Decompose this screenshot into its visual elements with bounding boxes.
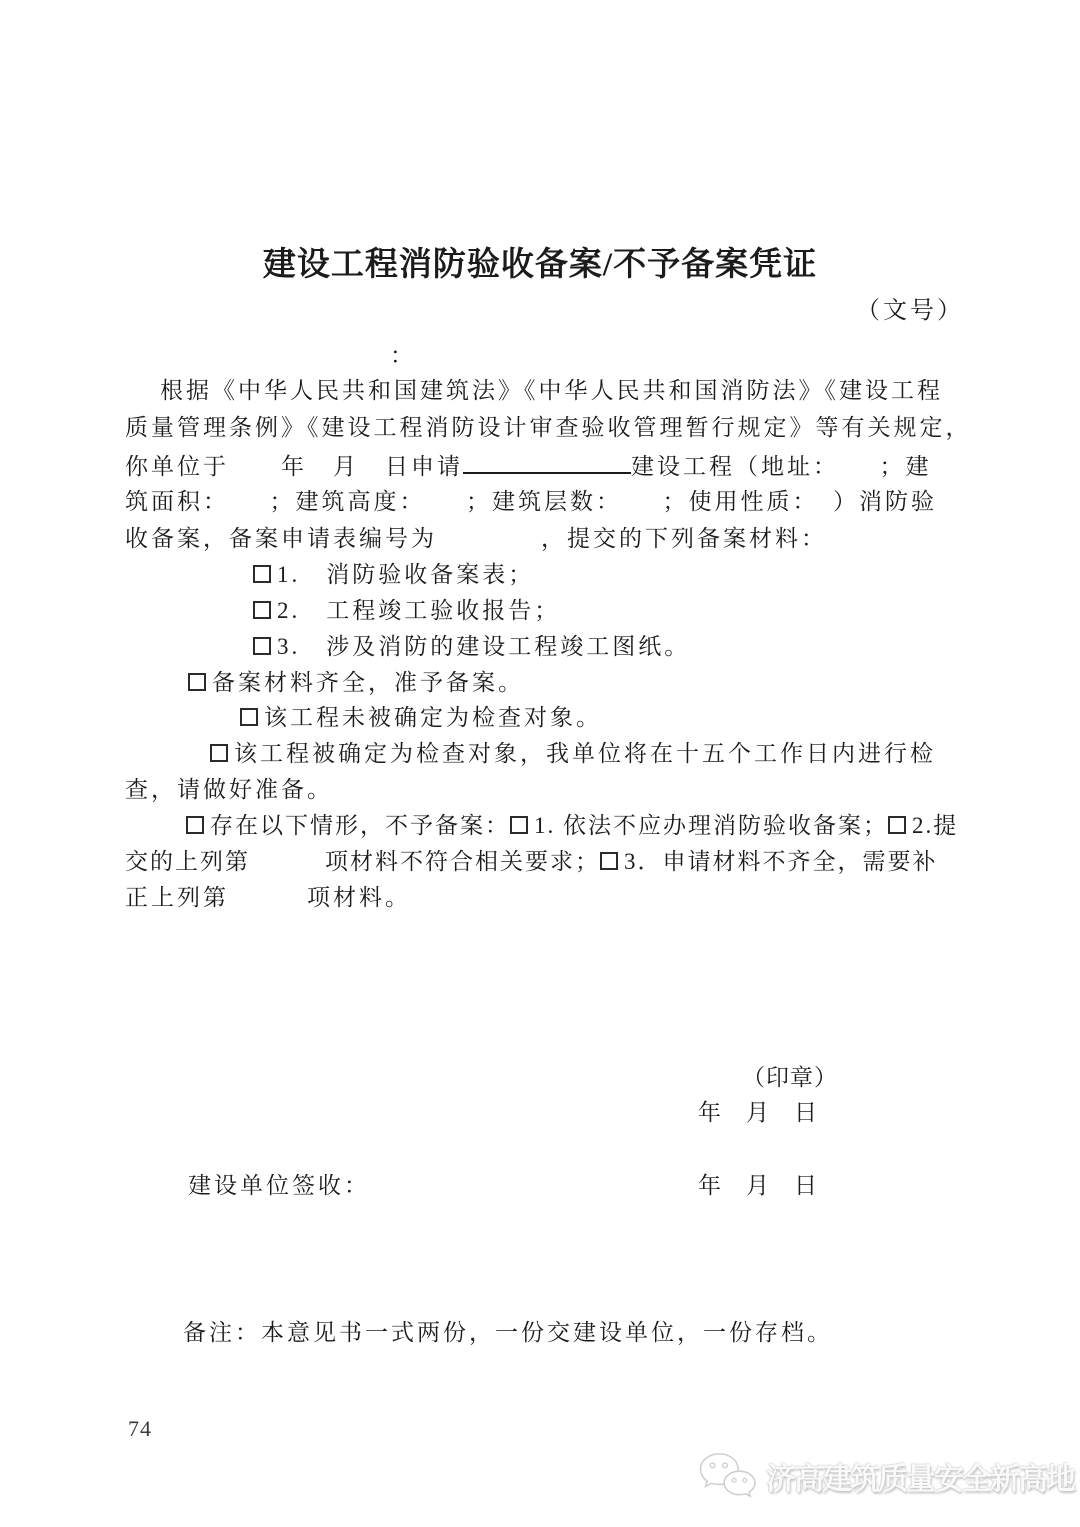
stamp-label: （印章）	[742, 1062, 838, 1093]
wechat-icon	[696, 1450, 758, 1502]
line-text: 备案材料齐全，准予备案。	[212, 670, 524, 695]
checkbox-icon	[240, 708, 258, 726]
checkbox-icon	[600, 852, 618, 870]
line-text: 质量管理条例》《建设工程消防设计审查验收管理暂行规定》等有关规定，	[125, 415, 972, 440]
line-text: 存在以下情形，不予备案：	[210, 813, 510, 838]
line-text: ：	[390, 343, 416, 368]
para-filing-no: 收备案，备案申请表编号为 ，提交的下列备案材料：	[125, 523, 827, 554]
option-rejected-1: 存在以下情形，不予备案：1. 依法不应办理消防验收备案；2.提	[186, 810, 958, 841]
para-apply-line: 你单位于 年 月 日申请建设工程（地址： ；建	[125, 449, 932, 482]
checkbox-icon	[186, 816, 204, 834]
stamp-date: 年 月 日	[698, 1097, 818, 1128]
line-text: 正上列第 项材料。	[125, 885, 411, 910]
option-rejected-3: 正上列第 项材料。	[125, 882, 411, 913]
line-text: 备注：本意见书一式两份，一份交建设单位，一份存档。	[183, 1320, 833, 1345]
sign-date: 年 月 日	[698, 1170, 818, 1201]
checkbox-icon	[253, 565, 271, 583]
line-text: 交的上列第 项材料不符合相关要求；	[125, 849, 600, 874]
option-rejected-2: 交的上列第 项材料不符合相关要求；3．申请材料不齐全，需要补	[125, 846, 938, 877]
material-item-1: 1. 消防验收备案表；	[253, 559, 534, 590]
material-item-3: 3. 涉及消防的建设工程竣工图纸。	[253, 631, 690, 662]
page-number: 74	[128, 1416, 152, 1442]
line-text: 1. 消防验收备案表；	[277, 562, 534, 587]
watermark-text: 济高建筑质量安全新高地	[766, 1454, 1074, 1498]
material-item-2: 2. 工程竣工验收报告；	[253, 595, 560, 626]
line-text: （印章）	[742, 1065, 838, 1090]
line-text: 查，请做好准备。	[125, 777, 333, 802]
note-line: 备注：本意见书一式两份，一份交建设单位，一份存档。	[183, 1317, 833, 1348]
line-text: 你单位于 年 月 日申请	[125, 454, 463, 479]
line-text: 收备案，备案申请表编号为 ，提交的下列备案材料：	[125, 526, 827, 551]
option-not-selected: 该工程未被确定为检查对象。	[240, 702, 602, 733]
watermark: 济高建筑质量安全新高地	[696, 1450, 1074, 1502]
option-selected-1: 该工程被确定为检查对象，我单位将在十五个工作日内进行检	[210, 738, 936, 769]
line-text: 该工程被确定为检查对象，我单位将在十五个工作日内进行检	[234, 741, 936, 766]
line-text: 年 月 日	[698, 1100, 818, 1125]
line-text: 2.提	[912, 813, 958, 838]
line-text: 根据《中华人民共和国建筑法》《中华人民共和国消防法》《建设工程	[160, 378, 943, 403]
page-title: 建设工程消防验收备案/不予备案凭证	[0, 244, 1080, 286]
doc-number-label: （文号）	[856, 295, 964, 327]
line-text: 年 月 日	[698, 1173, 818, 1198]
checkbox-icon	[210, 744, 228, 762]
checkbox-icon	[253, 637, 271, 655]
checkbox-icon	[510, 816, 528, 834]
option-accepted: 备案材料齐全，准予备案。	[188, 667, 524, 698]
blank-underline	[463, 449, 631, 474]
line-text: 筑面积： ；建筑高度： ；建筑层数： ；使用性质： ）消防验	[125, 489, 937, 514]
line-text: 2. 工程竣工验收报告；	[277, 598, 560, 623]
para-building-info: 筑面积： ；建筑高度： ；建筑层数： ；使用性质： ）消防验	[125, 486, 937, 517]
line-text: 3. 涉及消防的建设工程竣工图纸。	[277, 634, 690, 659]
line-text: 3．申请材料不齐全，需要补	[624, 849, 938, 874]
para-legal-basis-1: 根据《中华人民共和国建筑法》《中华人民共和国消防法》《建设工程	[160, 375, 943, 406]
addressee-colon: ：	[390, 340, 416, 371]
line-text: 该工程未被确定为检查对象。	[264, 705, 602, 730]
checkbox-icon	[188, 673, 206, 691]
line-text: 1. 依法不应办理消防验收备案；	[534, 813, 888, 838]
checkbox-icon	[888, 816, 906, 834]
sign-label: 建设单位签收：	[188, 1170, 370, 1201]
document-page: 建设工程消防验收备案/不予备案凭证 （文号） ：根据《中华人民共和国建筑法》《中…	[0, 0, 1080, 1527]
line-text: 建设单位签收：	[188, 1173, 370, 1198]
option-selected-2: 查，请做好准备。	[125, 774, 333, 805]
para-legal-basis-2: 质量管理条例》《建设工程消防设计审查验收管理暂行规定》等有关规定，	[125, 412, 972, 443]
line-text: 建设工程（地址： ；建	[631, 454, 932, 479]
checkbox-icon	[253, 601, 271, 619]
